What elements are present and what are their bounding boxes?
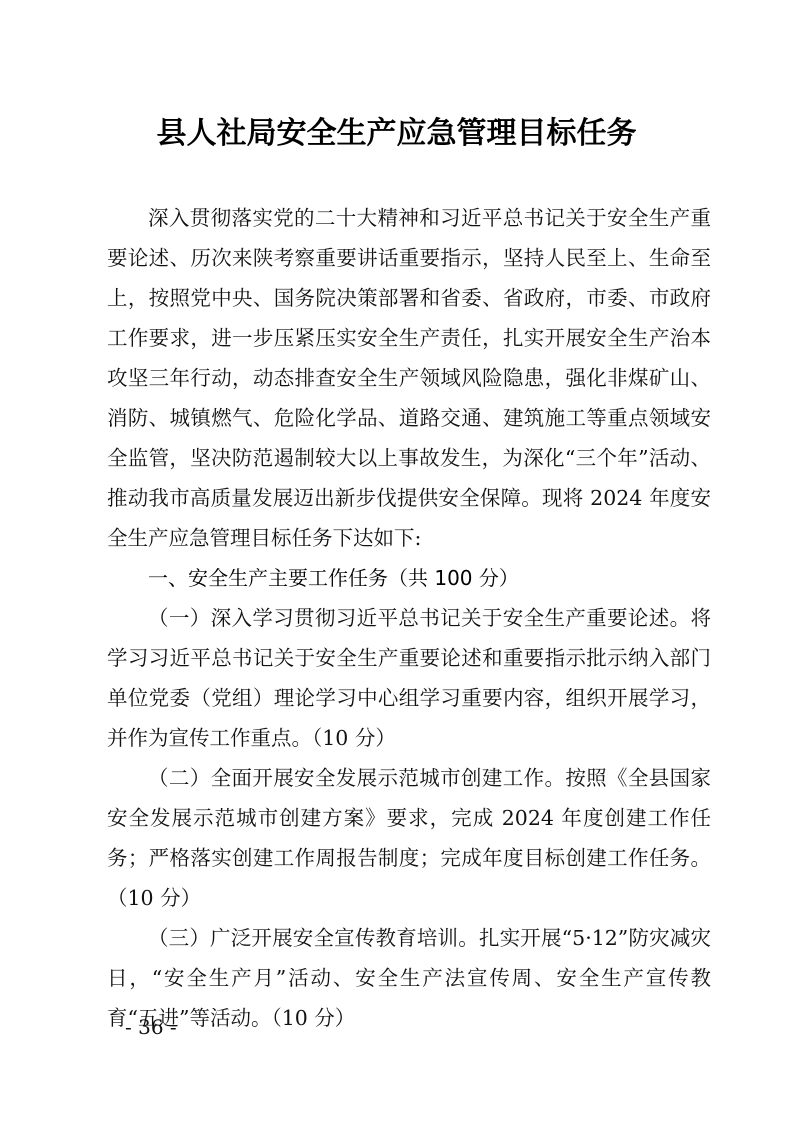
document-page: 县人社局安全生产应急管理目标任务 深入贯彻落实党的二十大精神和习近平总书记关于安… — [0, 0, 793, 1122]
task-item-label: （三）广泛开展安全宣传教育培训。 — [148, 926, 479, 950]
task-item-3: （三）广泛开展安全宣传教育培训。扎实开展“5·12”防灾减灾日，“安全生产月”活… — [107, 918, 711, 1038]
task-item-1: （一）深入学习贯彻习近平总书记关于安全生产重要论述。将学习习近平总书记关于安全生… — [107, 598, 711, 758]
document-body: 深入贯彻落实党的二十大精神和习近平总书记关于安全生产重要论述、历次来陕考察重要讲… — [107, 198, 711, 1038]
task-item-label: （二）全面开展安全发展示范城市创建工作。 — [148, 766, 565, 790]
document-title: 县人社局安全生产应急管理目标任务 — [0, 108, 793, 152]
page-number: - 36 - — [125, 1015, 177, 1039]
task-item-2: （二）全面开展安全发展示范城市创建工作。按照《全县国家安全发展示范城市创建方案》… — [107, 758, 711, 918]
section-heading: 一、安全生产主要工作任务（共 100 分） — [107, 558, 711, 598]
task-item-label: （一）深入学习贯彻习近平总书记关于安全生产重要论述。 — [148, 606, 691, 630]
intro-paragraph: 深入贯彻落实党的二十大精神和习近平总书记关于安全生产重要论述、历次来陕考察重要讲… — [107, 198, 711, 558]
